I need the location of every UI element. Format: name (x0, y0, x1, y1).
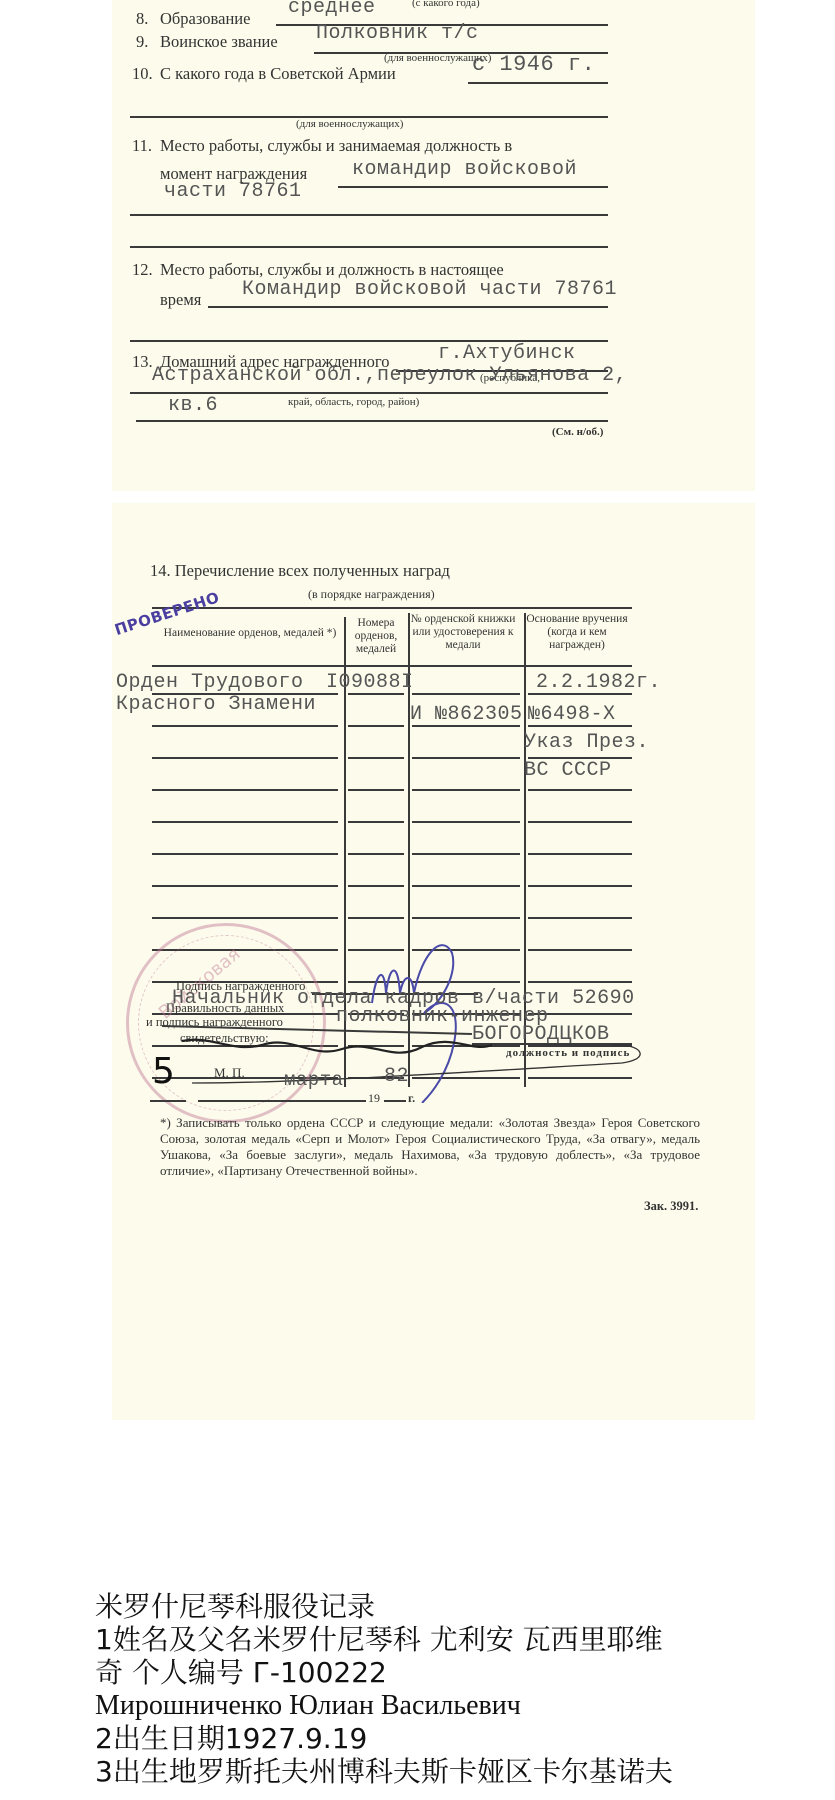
section-14-title: 14. Перечисление всех полученных наград (150, 561, 450, 581)
table-rule-line (412, 821, 520, 823)
date-template-year: 19 (368, 1091, 380, 1106)
field-10-number: 10. (132, 64, 153, 84)
table-rule-line (152, 757, 338, 759)
table-rule-line (412, 853, 520, 855)
table-rule-line (528, 917, 632, 919)
table-rule-line (528, 821, 632, 823)
table-rule-line (348, 885, 404, 887)
field-12-number: 12. (132, 260, 153, 280)
section-14-subtitle: (в порядке награждения) (308, 587, 435, 602)
table-header-book-number: № орденской книжки или удостоверения к м… (408, 613, 518, 652)
table-rule-line (528, 693, 632, 695)
field-13-address-line2: Астраханской обл.,переулок Ульянова 2, (152, 364, 627, 387)
table-rule-line (348, 853, 404, 855)
field-10-note: (для военнослужащих) (296, 118, 403, 130)
table-rule-line (528, 981, 632, 983)
award-row-4-basis: ВС СССР (524, 759, 612, 782)
translation-line-birthplace: 3出生地罗斯托夫州博科夫斯卡娅区卡尔基诺夫 (95, 1755, 795, 1788)
field-8-number: 8. (136, 9, 148, 29)
award-row-1-basis: 2.2.1982г. (536, 671, 661, 694)
table-rule-line (348, 821, 404, 823)
award-row-2-book-number: И №862305 (410, 703, 523, 726)
date-day: 5 (152, 1051, 175, 1092)
document-page-2: 14. Перечисление всех полученных наград … (112, 503, 755, 1420)
award-row-1-number: I09088I (326, 671, 414, 694)
order-number: Зак. 3991. (644, 1199, 698, 1214)
table-rule-line (152, 853, 338, 855)
field-9-label: Воинское звание (160, 32, 278, 52)
see-reverse-note: (См. н/об.) (552, 426, 603, 438)
table-rule-line (412, 757, 520, 759)
award-row-2-name: Красного Знамени (116, 693, 316, 716)
table-rule-line (348, 725, 404, 727)
field-8-label: Образование (160, 9, 250, 29)
table-rule-line (152, 885, 338, 887)
translation-line-2: 奇 个人编号 Г-100222 (95, 1656, 795, 1689)
translation-title: 米罗什尼琴科服役记录 (95, 1590, 795, 1623)
field-11-number: 11. (132, 136, 152, 156)
table-rule-line (348, 693, 404, 695)
award-row-3-basis: Указ През. (524, 731, 649, 754)
table-rule-line (348, 789, 404, 791)
table-rule-line (528, 949, 632, 951)
table-rule-line (152, 693, 338, 695)
field-8-education-value: среднее (288, 0, 376, 19)
table-header-award-name: Наименование орденов, медалей *) (160, 627, 340, 640)
table-rule-line (348, 917, 404, 919)
field-13-address-line3: кв.6 (168, 394, 218, 417)
field-9-number: 9. (136, 32, 148, 52)
date-month: марта (284, 1069, 344, 1091)
table-header-basis: Основание вручения (когда и кем награжде… (522, 613, 632, 652)
table-rule-line (528, 725, 632, 727)
award-row-2-basis: №6498-Х (528, 703, 616, 726)
table-rule-line (152, 725, 338, 727)
table-rule-line (412, 693, 520, 695)
footnote: *) Записывать только ордена СССР и следу… (160, 1115, 700, 1179)
table-rule-line (528, 853, 632, 855)
table-rule-line (152, 917, 338, 919)
field-13-address-line1: г.Ахтубинск (438, 342, 576, 365)
field-12-current-position-value: Командир войсковой части 78761 (242, 278, 617, 301)
table-rule-line (412, 789, 520, 791)
table-rule-line (412, 917, 520, 919)
document-page-1: (с какого года) 8. Образование среднее 9… (112, 0, 755, 491)
field-11-label-line1: Место работы, службы и занимаемая должно… (160, 136, 512, 156)
field-10-label: С какого года в Советской Армии (160, 64, 396, 84)
field-13-note: край, область, город, район) (288, 396, 419, 408)
table-rule-line (348, 757, 404, 759)
field-9-rank-value: Полковник т/с (316, 22, 479, 45)
translation-line-1: 1姓名及父名米罗什尼琴科 尤利安 瓦西里耶维 (95, 1623, 795, 1656)
translation-line-birthdate: 2出生日期1927.9.19 (95, 1722, 795, 1755)
field-12-label-line1: Место работы, службы и должность в насто… (160, 260, 504, 280)
table-rule-line (528, 885, 632, 887)
date-template-g: г. (408, 1091, 415, 1106)
translation-russian-name: Мирошниченко Юлиан Васильевич (95, 1689, 795, 1722)
field-note-since-year: (с какого года) (412, 0, 480, 9)
table-rule-line (528, 757, 632, 759)
date-year: 82 (384, 1065, 409, 1088)
field-12-label-line2: время (160, 290, 201, 310)
field-10-army-since-value: с 1946 г. (472, 52, 595, 77)
field-11-value-line1: командир войсковой (352, 158, 577, 181)
table-rule-line (528, 789, 632, 791)
field-13-number: 13. (132, 352, 153, 372)
table-rule-line (152, 821, 338, 823)
table-header-award-numbers: Номера орденов, медалей (344, 617, 408, 656)
stamp-place-label: М. П. (214, 1065, 245, 1081)
award-row-1-name: Орден Трудового (116, 671, 304, 694)
table-rule-line (152, 789, 338, 791)
table-rule-line (412, 885, 520, 887)
translation-text: 米罗什尼琴科服役记录 1姓名及父名米罗什尼琴科 尤利安 瓦西里耶维 奇 个人编号… (95, 1590, 795, 1788)
field-11-value-line2: части 78761 (164, 180, 302, 203)
table-rule-line (412, 725, 520, 727)
